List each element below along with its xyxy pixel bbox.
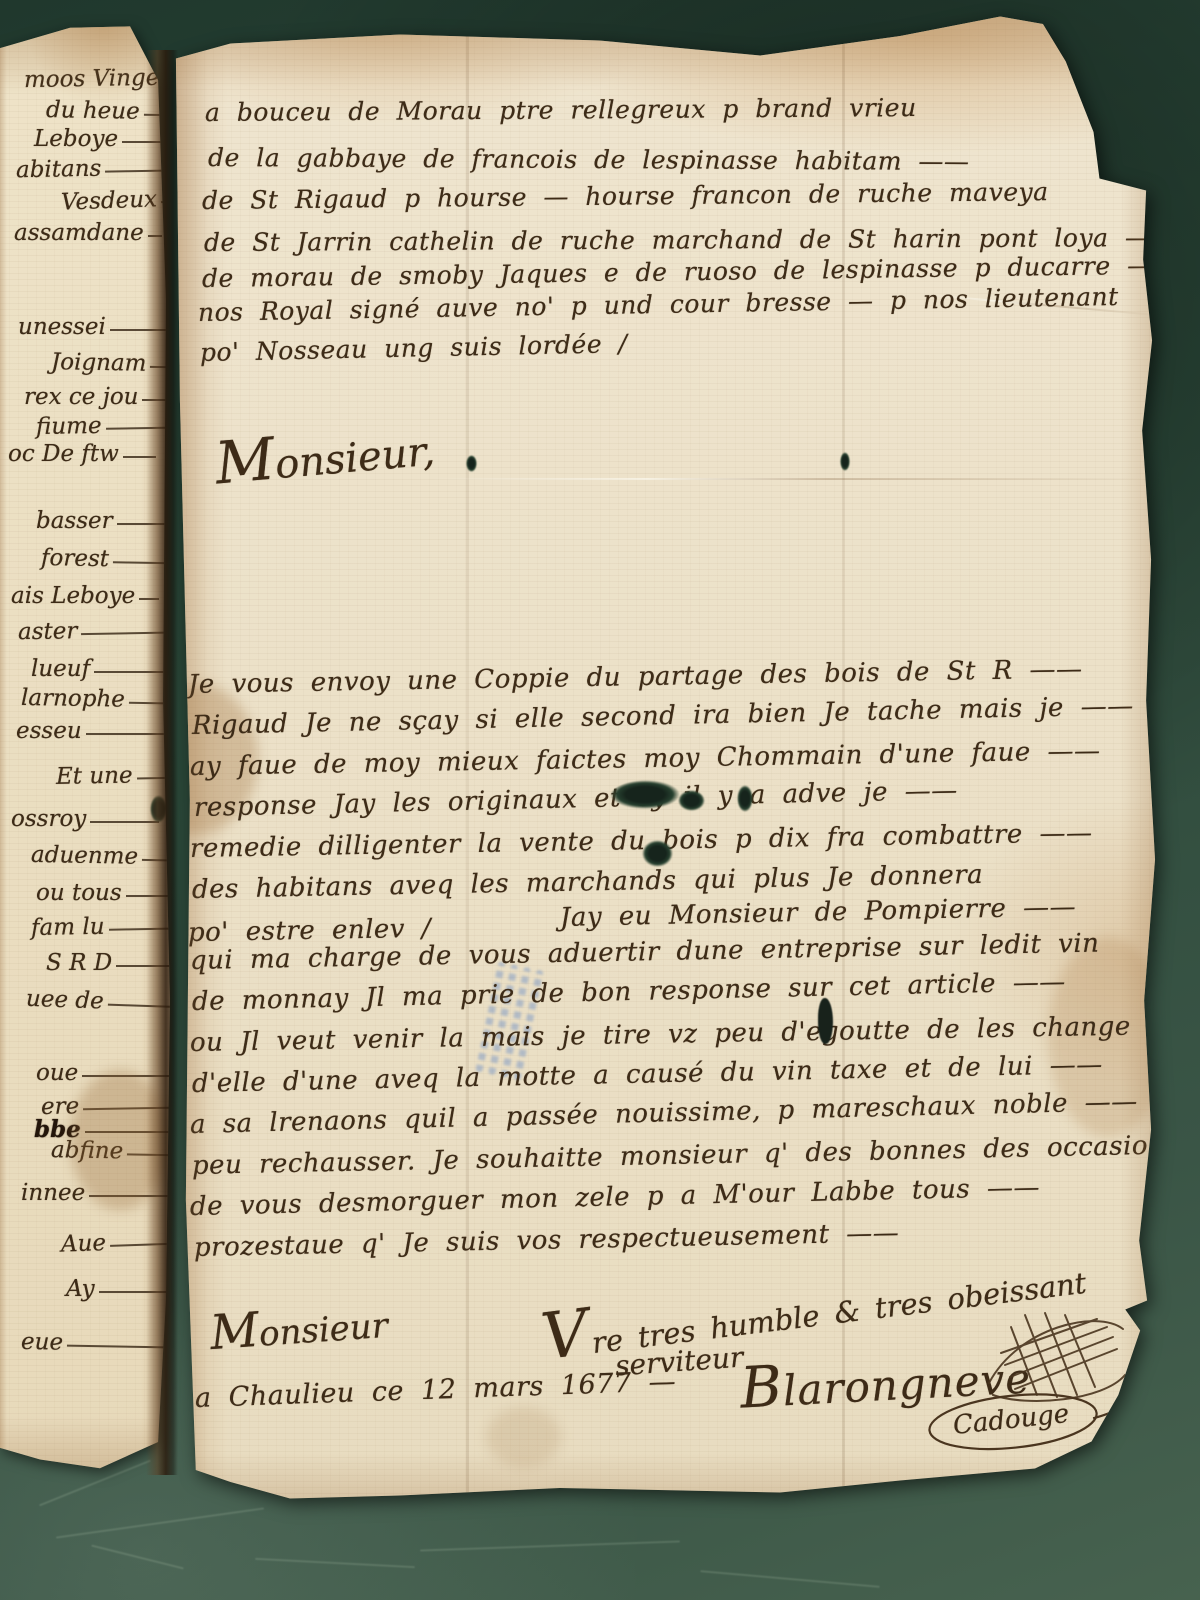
signature-name: Blarongneve: [738, 1340, 1032, 1421]
left-page-line: esseu: [6, 720, 164, 743]
paper-hole: [818, 998, 833, 1044]
body-line: d'elle d'une aveq la motte a causé du vi…: [192, 1051, 1139, 1097]
archive-stamp: [469, 956, 588, 1093]
body-line: remedie dilligenter la vente du bois p d…: [190, 819, 1137, 862]
left-page-line: assamdane: [6, 222, 162, 245]
header-line: a bouceu de Morau ptre rellegreux p bran…: [205, 94, 1130, 125]
paper-hole: [840, 452, 850, 471]
ink-stain: [1048, 937, 1160, 1137]
left-page-line: eue: [6, 1331, 169, 1357]
left-page-line: oc De ftw: [6, 443, 156, 466]
header-line: po' Nosseau ung suis lordée /: [200, 330, 700, 365]
body-line: peu rechausser. Je souhaitte monsieur q'…: [192, 1133, 1139, 1179]
fold-crease: [842, 26, 845, 1494]
body-line: ay faue de moy mieux faictes moy Chommai…: [190, 737, 1137, 780]
left-page-line: innee: [6, 1182, 169, 1205]
main-manuscript-page: a bouceu de Morau ptre rellegreux p bran…: [168, 12, 1160, 1512]
paraph-name: Cadouge: [952, 1399, 1071, 1441]
fold-crease: [430, 478, 1154, 480]
body-line: Jay eu Monsieur de Pompierre ——: [560, 893, 1135, 931]
table-scratch: [700, 1570, 879, 1588]
left-page-line: ossroy: [6, 808, 159, 831]
body-line: de monnay Jl ma prie de bon response sur…: [192, 968, 1139, 1015]
ink-stain: [486, 1407, 561, 1467]
salutation: Monsieur,: [212, 411, 437, 498]
body-line: Rigaud Je ne sçay si elle second ira bie…: [192, 693, 1139, 739]
paper-hole: [737, 785, 753, 812]
paraph-ellipse: [922, 1380, 1117, 1462]
paper-hole: [466, 455, 477, 472]
ink-stain: [168, 684, 258, 834]
table-scratch: [56, 1507, 264, 1538]
header-line: nos Royal signé auve no' p und cour bres…: [198, 284, 1123, 325]
paper-hole: [678, 790, 705, 811]
left-page-line: ais Leboye: [6, 585, 159, 608]
left-page-shadow: moos Vinge du heue Leboye abitans Vesdeu…: [0, 0, 1200, 1600]
paper-hole: [610, 780, 680, 809]
table-scratch: [420, 1540, 680, 1551]
body-line: de vous desmorguer mon zele p a M'our La…: [190, 1173, 1137, 1220]
fold-crease: [928, 294, 1157, 316]
table-scratch: [91, 1545, 184, 1570]
header-line: de St Jarrin cathelin de ruche marchand …: [204, 225, 1129, 255]
left-page-line: abitans: [6, 157, 164, 183]
left-page-line: unessei: [6, 316, 166, 339]
header-line: de la gabbaye de francois de lespinasse …: [208, 145, 1133, 175]
table-scratch: [255, 1558, 415, 1568]
paper-hole: [642, 840, 673, 867]
body-line: a sa lrenaons quil a passée nouissime, p…: [190, 1089, 1137, 1138]
body-line: qui ma charge de vous aduertir dune entr…: [190, 930, 1137, 974]
body-line: po' estre enlev /: [188, 914, 508, 946]
dateline: a Chaulieu ce 12 mars 1677 —: [195, 1365, 756, 1412]
body-line: des habitans aveq les marchands qui plus…: [192, 859, 1139, 903]
signature-paraph-flourish: [985, 1305, 1135, 1410]
body-line: response Jay les originaux et sy il y a …: [194, 774, 1141, 821]
left-page-line: aster: [6, 619, 166, 645]
main-page-shadow: a bouceu de Morau ptre rellegreux p bran…: [0, 0, 1200, 1600]
body-line: prozestaue q' Je suis vos respectueuseme…: [194, 1218, 1014, 1261]
left-page-line: larnophe: [6, 687, 169, 713]
table-surface: moos Vinge du heue Leboye abitans Vesdeu…: [0, 0, 1200, 1600]
fold-crease: [466, 32, 469, 1494]
table-scratch: [39, 1460, 151, 1507]
header-line: de St Rigaud p hourse — hourse francon d…: [202, 178, 1127, 213]
body-line: Je vous envoy une Coppie du partage des …: [188, 655, 1135, 698]
body-line: ou Jl veut venir la mais je tire vz peu …: [190, 1013, 1137, 1056]
paraph-loop: Cadouge: [922, 1380, 1117, 1462]
closing-word: Monsieur: [208, 1294, 389, 1361]
valediction-line: serviteur: [614, 1341, 744, 1383]
header-line: de morau de smoby Jaques e de ruoso de l…: [202, 253, 1127, 291]
page-gap-shadow: [146, 50, 178, 1475]
valediction-line: Vre tres humble & tres obeissant: [538, 1235, 1090, 1375]
